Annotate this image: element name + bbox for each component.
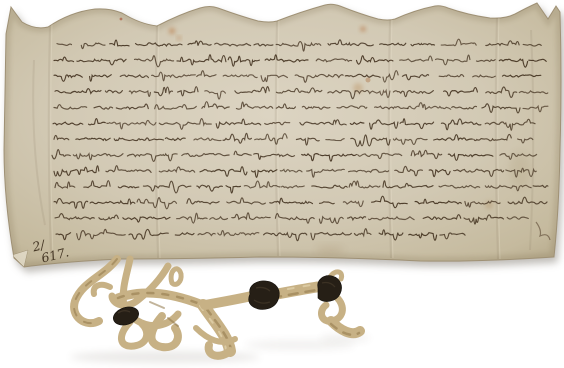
wax-seal-left	[111, 304, 141, 328]
ribbon-segment	[171, 269, 181, 285]
ribbon-segment	[205, 296, 252, 305]
ribbon-knot-shadow	[150, 302, 164, 308]
parchment-sheet	[4, 3, 561, 267]
manuscript-photo: 2/ 617.	[0, 0, 564, 368]
manuscript-scene: 2/ 617.	[0, 0, 564, 368]
ribbon-segment	[94, 285, 110, 294]
parchment	[4, 3, 561, 267]
wax-seal-middle	[249, 281, 280, 309]
